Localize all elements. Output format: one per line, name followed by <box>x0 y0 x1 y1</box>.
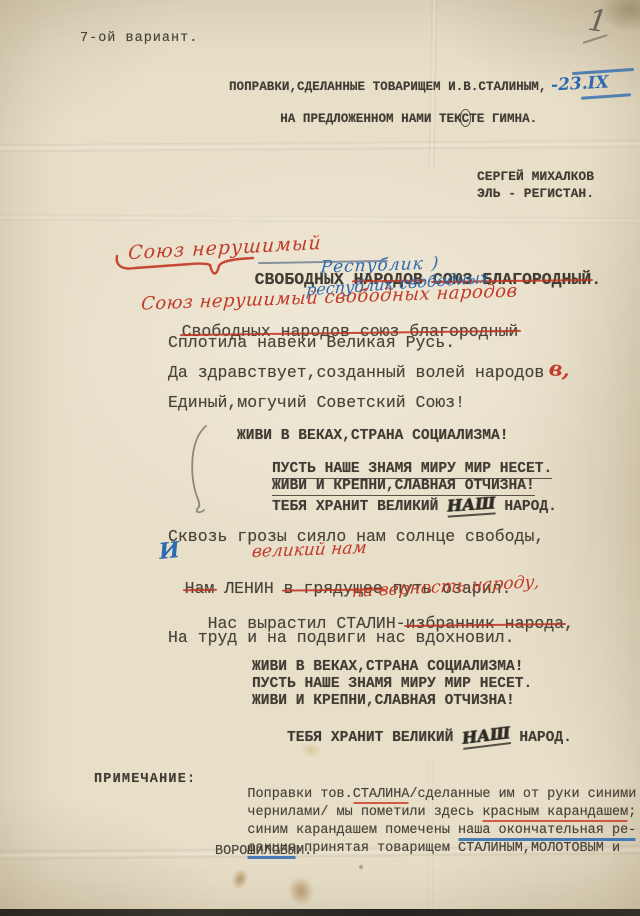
date-underline <box>581 93 631 99</box>
note-label: ПРИМЕЧАНИЕ: <box>94 772 196 787</box>
handwritten-red-v-comma: в, <box>548 355 572 382</box>
chorus1-line4: ТЕБЯ ХРАНИТ ВЕЛИКИЙ НАШ НАРОД. <box>237 479 557 532</box>
chorus2-line4-pre: ТЕБЯ ХРАНИТ ВЕЛИКИЙ <box>287 730 462 746</box>
chorus2-line4: ТЕБЯ ХРАНИТ ВЕЛИКИЙ НАШ НАРОД. <box>252 710 572 763</box>
title-overtyped-letter: С <box>462 112 470 126</box>
stanza2-line4: На труд и на подвиги нас вдохновил. <box>168 628 515 647</box>
chorus1-handwritten-nash: НАШ <box>447 493 497 517</box>
chorus2-line4-post: НАРОД. <box>511 730 572 746</box>
chorus1-line4-post: НАРОД. <box>496 499 557 515</box>
author-1: СЕРГЕЙ МИХАЛКОВ <box>477 169 594 184</box>
stanza1-line5: Единый,могучий Советский Союз! <box>168 393 465 412</box>
title-line2-post: ТЕ ГИМНА. <box>469 112 537 126</box>
title-line2-pre: НА ПРЕДЛОЖЕННОМ НАМИ ТЕК <box>280 112 461 126</box>
handwritten-date: -23.IX <box>551 73 610 96</box>
note-line4-post: ,принятая товарищем СТАЛИНЫМ,МОЛОТОВЫМ и <box>296 841 620 856</box>
author-2: ЭЛЬ - РЕГИСТАН. <box>477 186 594 201</box>
note-line5: ВОРОШИЛОВЫМ. <box>215 844 312 859</box>
chorus2-line1: ЖИВИ В ВЕКАХ,СТРАНА СОЦИАЛИЗМА! <box>252 659 524 675</box>
title-line2: НА ПРЕДЛОЖЕННОМ НАМИ ТЕКСТЕ ГИМНА. <box>250 98 537 140</box>
chorus1-line1: ЖИВИ В ВЕКАХ,СТРАНА СОЦИАЛИЗМА! <box>237 428 509 444</box>
handwritten-red-veliky-nam: великий нам <box>251 538 368 562</box>
chorus2-line3: ЖИВИ И КРЕПНИ,СЛАВНАЯ ОТЧИЗНА! <box>252 693 515 709</box>
photo-bottom-edge <box>0 909 640 916</box>
variant-label: 7-ой вариант. <box>80 31 198 46</box>
chorus1-line4-pre: ТЕБЯ ХРАНИТ ВЕЛИКИЙ <box>272 499 447 515</box>
crease-horizontal-middle <box>0 214 640 223</box>
chorus2-line2: ПУСТЬ НАШЕ ЗНАМЯ МИРУ МИР НЕСЕТ. <box>252 676 532 692</box>
stain-brown-right <box>285 873 318 909</box>
scanned-typescript-page: 7-ой вариант. 1 ПОПРАВКИ,СДЕЛАННЫЕ ТОВАР… <box>0 0 640 916</box>
pencil-brace <box>184 424 214 516</box>
crease-horizontal-top <box>0 140 640 152</box>
stanza1-line3: Сплотила навеки Великая Русь. <box>168 333 455 352</box>
title-line1: ПОПРАВКИ,СДЕЛАННЫЕ ТОВАРИЩЕМ И.В.СТАЛИНЫ… <box>229 80 546 94</box>
stanza1-line4: Да здравствует,созданный волей народов <box>168 363 544 382</box>
chorus2-handwritten-nash: НАШ <box>461 723 512 750</box>
